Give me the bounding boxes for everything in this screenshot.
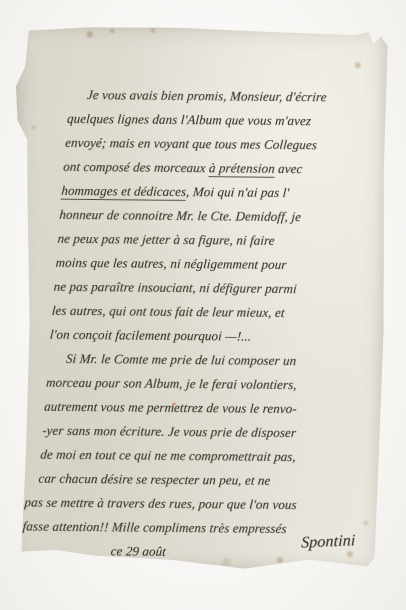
- text-segment: autrement vous me permettrez de vous le …: [44, 399, 298, 416]
- text-segment: ont composé des morceaux: [63, 159, 210, 175]
- letter-line: Je vous avais bien promis, Monsieur, d'é…: [68, 83, 394, 110]
- letter-lines: Je vous avais bien promis, Monsieur, d'é…: [34, 83, 394, 542]
- letter-line: les autres, qui ont tous fait de leur mi…: [51, 299, 377, 326]
- letter-paper: Je vous avais bien promis, Monsieur, d'é…: [9, 24, 389, 575]
- text-segment: l'on conçoit facilement pourquoi —!...: [49, 327, 252, 344]
- text-segment: Si Mr. le Comte me prie de lui composer …: [65, 351, 296, 368]
- text-segment: , Moi qui n'ai pas l': [186, 184, 290, 200]
- letter-line: pas se mettre à travers des rues, pour q…: [24, 490, 362, 517]
- letter-line: quelques lignes dans l'Album que vous m'…: [66, 107, 392, 134]
- foxing-spot: [85, 30, 95, 38]
- letter-line: hommages et dédicaces, Moi qui n'ai pas …: [60, 179, 386, 206]
- text-segment: quelques lignes dans l'Album que vous m'…: [67, 111, 312, 128]
- letter-body: Je vous avais bien promis, Monsieur, d'é…: [31, 83, 394, 572]
- letter-line: honneur de connoitre Mr. le Cte. Demidof…: [59, 203, 385, 230]
- text-segment: avec: [274, 161, 303, 176]
- foxing-spot: [149, 27, 157, 33]
- signature: Spontini: [301, 532, 356, 552]
- foxing-spot: [314, 562, 325, 571]
- letter-line: ne peux pas me jetter à sa figure, ni fa…: [57, 227, 383, 254]
- text-segment: de moi en tout ce qui ne me compromettra…: [40, 447, 297, 464]
- text-segment: morceau pour son Album, je le ferai volo…: [46, 375, 298, 392]
- letter-line: de moi en tout ce qui ne me compromettra…: [39, 443, 365, 470]
- underlined-text: à prétension: [208, 160, 275, 178]
- letter-line: ne pas paraître insouciant, ni défigurer…: [53, 275, 379, 302]
- letter-line: l'on conçoit facilement pourquoi —!...: [49, 323, 375, 350]
- letter-line: morceau pour son Album, je le ferai volo…: [45, 371, 371, 398]
- letter-line: ont composé des morceaux à prétension av…: [62, 155, 388, 182]
- text-segment: moins que les autres, ni négligemment po…: [55, 255, 287, 272]
- letter-line: autrement vous me permettrez de vous le …: [43, 395, 369, 422]
- letter-line: car chacun désire se respecter un peu, e…: [38, 467, 364, 494]
- letter-line: Si Mr. le Comte me prie de lui composer …: [47, 347, 373, 374]
- text-segment: fasse attention!! Mille complimens très …: [22, 518, 287, 536]
- text-segment: car chacun désire se respecter un peu, e…: [38, 471, 271, 488]
- text-segment: ne pas paraître insouciant, ni défigurer…: [53, 279, 297, 296]
- underlined-text: hommages et dédicaces: [61, 183, 187, 201]
- text-segment: honneur de connoitre Mr. le Cte. Demidof…: [59, 207, 302, 224]
- text-segment: les autres, qui ont tous fait de leur mi…: [51, 303, 285, 320]
- text-segment: -yer sans mon écriture. Je vous prie de …: [42, 423, 297, 440]
- letter-line: -yer sans mon écriture. Je vous prie de …: [41, 419, 367, 446]
- foxing-spot: [362, 519, 370, 526]
- letter-line: envoyé; mais en voyant que tous mes Coll…: [64, 131, 390, 158]
- text-segment: Je vous avais bien promis, Monsieur, d'é…: [86, 87, 327, 104]
- letter-footer: ce 29 août Spontini: [31, 538, 357, 571]
- text-segment: envoyé; mais en voyant que tous mes Coll…: [65, 135, 318, 152]
- text-segment: pas se mettre à travers des rues, pour q…: [24, 494, 297, 512]
- foxing-spot: [353, 61, 362, 69]
- foxing-spot: [30, 125, 36, 131]
- text-segment: ne peux pas me jetter à sa figure, ni fa…: [57, 231, 275, 248]
- foxing-spot: [109, 28, 116, 34]
- letter-line: moins que les autres, ni négligemment po…: [55, 251, 381, 278]
- photograph-background: Je vous avais bien promis, Monsieur, d'é…: [0, 0, 406, 610]
- dateline: ce 29 août: [110, 539, 167, 564]
